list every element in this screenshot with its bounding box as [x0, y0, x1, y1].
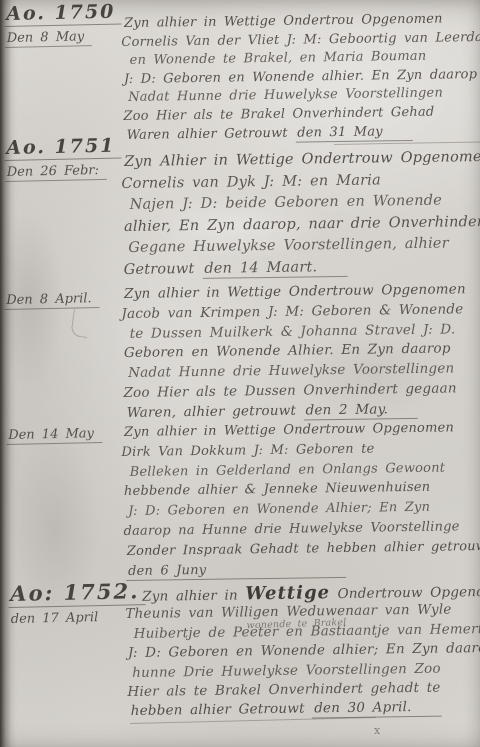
entry-date: den 17 April: [9, 610, 107, 628]
entry-text: Zyn alhier in Wettige Ondertrou Opgenome…: [124, 10, 480, 145]
pencil-flourish: [70, 309, 91, 338]
closing-line: den 6 Juny: [126, 556, 480, 581]
entry-date: Den 26 Febr:: [5, 163, 108, 182]
entry-text: Zyn alhier in Wettige Ondertrouw Opgenom…: [124, 280, 480, 424]
entry-text: Zyn alhier in Wettige Ondertrouw Opgenom…: [124, 418, 480, 581]
emphasized-word: Wettige: [245, 582, 330, 604]
entry-margin: Ao. 1751 Den 26 Febr:: [4, 135, 121, 182]
entry-date: Den 14 May: [6, 426, 102, 445]
register-page: Ao. 1750 Den 8 May Zyn alhier in Wettige…: [0, 0, 480, 747]
entry-text: Zyn alhier in Wettige Ondertrouw Opgenom…: [128, 581, 480, 722]
underlined-marriage-date: den 6 Juny: [126, 560, 346, 580]
closing-text: Waren alhier Getrouwt: [127, 125, 288, 142]
closing-text: Waren, alhier getrouwt: [127, 402, 297, 420]
page-binding-edge: [0, 0, 18, 747]
entry-date: Den 8 April.: [4, 291, 100, 310]
closing-text: hebben alhier Getrouwt: [131, 701, 305, 719]
ink-rule: [334, 141, 480, 145]
ink-tick: x: [374, 724, 380, 737]
entry-year: Ao. 1751: [4, 135, 122, 161]
entry-text: Zyn Alhier in Wettige Ondertrouw Opgenom…: [124, 147, 480, 282]
entry-margin: Den 14 May: [6, 422, 122, 445]
entry-line-text: Zyn alhier in: [142, 587, 238, 604]
underlined-marriage-date: den 14 Maart.: [202, 259, 347, 279]
underlined-marriage-date: den 2 May.: [303, 401, 418, 421]
closing-text: Getrouwt: [124, 261, 195, 278]
entry-margin: Den 8 April.: [4, 287, 120, 310]
entry-line-text: Ondertrouw Opgenomen: [337, 584, 480, 602]
underlined-marriage-date: den 30 April.: [312, 699, 442, 719]
entry-date: Den 8 May: [5, 29, 93, 48]
entry-margin: Ao: 1752. den 17 April: [8, 579, 125, 628]
entry-margin: Ao. 1750 Den 8 May: [4, 1, 121, 48]
closing-line: Getrouwt den 14 Maart.: [124, 255, 480, 282]
entry-year: Ao: 1752.: [8, 578, 146, 608]
entry-year: Ao. 1750: [4, 1, 122, 27]
underlined-marriage-date: den 31 May: [295, 124, 413, 143]
